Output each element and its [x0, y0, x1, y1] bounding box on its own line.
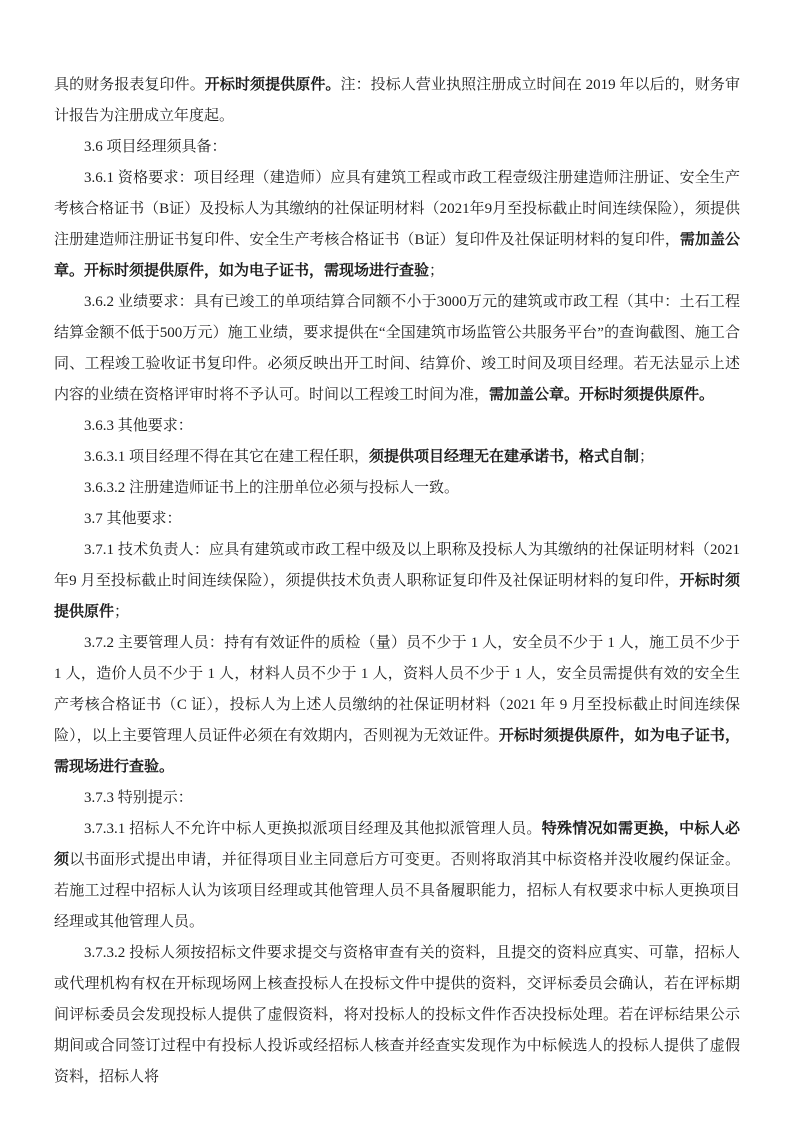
para-continuation: 具的财务报表复印件。开标时须提供原件。注：投标人营业执照注册成立时间在 2019…: [54, 70, 740, 132]
heading-3-7: 3.7 其他要求：: [54, 504, 740, 535]
text-run: 3.7 其他要求：: [84, 511, 182, 527]
text-run: 以书面形式提出申请，并征得项目业主同意后方可变更。否则将取消其中标资格并没收履约…: [54, 852, 740, 930]
text-run: 3.6.3.2 注册建造师证书上的注册单位必须与投标人一致。: [84, 480, 459, 496]
text-run: 3.6.3 其他要求：: [84, 418, 193, 434]
heading-3-7-3: 3.7.3 特别提示：: [54, 783, 740, 814]
para-3-7-3-2: 3.7.3.2 投标人须按招标文件要求提交与资格审查有关的资料，且提交的资料应真…: [54, 938, 740, 1093]
text-run: ；: [114, 604, 129, 620]
text-run: 3.6 项目经理须具备：: [84, 139, 227, 155]
para-3-7-2: 3.7.2 主要管理人员：持有有效证件的质检（量）员不少于 1 人，安全员不少于…: [54, 628, 740, 783]
text-run: 3.6.1 资格要求：项目经理（建造师）应具有建筑工程或市政工程壹级注册建造师注…: [54, 170, 740, 248]
document-body: 具的财务报表复印件。开标时须提供原件。注：投标人营业执照注册成立时间在 2019…: [54, 70, 740, 1093]
heading-3-6: 3.6 项目经理须具备：: [54, 132, 740, 163]
para-3-6-1: 3.6.1 资格要求：项目经理（建造师）应具有建筑工程或市政工程壹级注册建造师注…: [54, 163, 740, 287]
para-3-6-3-2: 3.6.3.2 注册建造师证书上的注册单位必须与投标人一致。: [54, 473, 740, 504]
text-run: 3.7.1 技术负责人：应具有建筑或市政工程中级及以上职称及投标人为其缴纳的社保…: [54, 542, 740, 589]
text-run: 3.6.3.1 项目经理不得在其它在建工程任职，: [84, 449, 369, 465]
para-3-6-2: 3.6.2 业绩要求：具有已竣工的单项结算合同额不小于3000万元的建筑或市政工…: [54, 287, 740, 411]
text-run-bold: 需加盖公章。开标时须提供原件。: [489, 387, 714, 403]
heading-3-6-3: 3.6.3 其他要求：: [54, 411, 740, 442]
document-page: 具的财务报表复印件。开标时须提供原件。注：投标人营业执照注册成立时间在 2019…: [0, 0, 793, 1133]
para-3-7-1: 3.7.1 技术负责人：应具有建筑或市政工程中级及以上职称及投标人为其缴纳的社保…: [54, 535, 740, 628]
para-3-7-3-1: 3.7.3.1 招标人不允许中标人更换拟派项目经理及其他拟派管理人员。特殊情况如…: [54, 814, 740, 938]
text-run: ；: [639, 449, 654, 465]
text-run: 具的财务报表复印件。: [54, 77, 205, 93]
text-run: ；: [429, 263, 444, 279]
text-run: 3.7.3.1 招标人不允许中标人更换拟派项目经理及其他拟派管理人员。: [84, 821, 542, 837]
text-run-bold: 须提供项目经理无在建承诺书，格式自制: [369, 449, 639, 465]
para-3-6-3-1: 3.6.3.1 项目经理不得在其它在建工程任职，须提供项目经理无在建承诺书，格式…: [54, 442, 740, 473]
text-run-bold: 开标时须提供原件。: [205, 77, 341, 93]
text-run: 3.7.3 特别提示：: [84, 790, 193, 806]
text-run: 3.7.3.2 投标人须按招标文件要求提交与资格审查有关的资料，且提交的资料应真…: [54, 945, 740, 1085]
